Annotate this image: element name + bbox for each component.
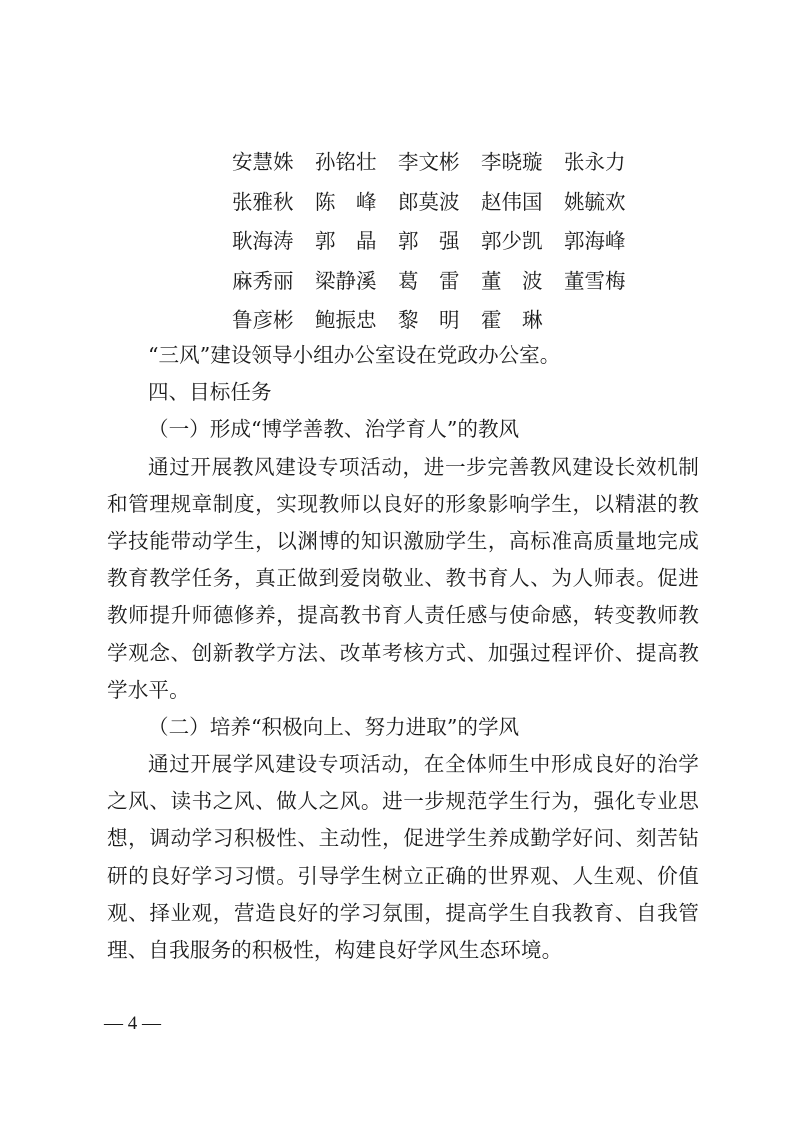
member-name: 李文彬 (398, 146, 481, 186)
member-name: 耿海涛 (232, 225, 315, 265)
member-name-list: 安慧姝 孙铭壮 李文彬 李晓璇 张永力 张雅秋 陈 峰 郎莫波 赵伟国 姚毓欢 … (232, 146, 647, 344)
member-name: 张永力 (564, 146, 647, 186)
member-name: 张雅秋 (232, 186, 315, 226)
paragraph-line: 之风、读书之风、做人之风。进一步规范学生行为，强化专业思 (107, 783, 699, 820)
page-number: — 4 — (104, 1013, 161, 1035)
name-row: 安慧姝 孙铭壮 李文彬 李晓璇 张永力 (232, 146, 647, 186)
member-name: 董雪梅 (564, 265, 647, 305)
subsection-title: （二）培养“积极向上、努力进取”的学风 (107, 709, 699, 746)
member-name: 梁静溪 (315, 265, 398, 305)
office-note: “三风”建设领导小组办公室设在党政办公室。 (107, 337, 699, 374)
member-name: 姚毓欢 (564, 186, 647, 226)
paragraph-line: 通过开展教风建设专项活动，进一步完善教风建设长效机制 (107, 449, 699, 486)
paragraph-line: 想，调动学习积极性、主动性，促进学生养成勤学好问、刻苦钻 (107, 820, 699, 857)
member-name: 安慧姝 (232, 146, 315, 186)
member-name: 郭少凯 (481, 225, 564, 265)
paragraph-line: 教育教学任务，真正做到爱岗敬业、教书育人、为人师表。促进 (107, 560, 699, 597)
subsection-title: （一）形成“博学善教、治学育人”的教风 (107, 411, 699, 448)
document-page: 安慧姝 孙铭壮 李文彬 李晓璇 张永力 张雅秋 陈 峰 郎莫波 赵伟国 姚毓欢 … (0, 0, 794, 1123)
paragraph-line: 研的良好学习习惯。引导学生树立正确的世界观、人生观、价值 (107, 858, 699, 895)
member-name: 赵伟国 (481, 186, 564, 226)
section-heading: 四、目标任务 (107, 374, 699, 411)
member-name: 郭海峰 (564, 225, 647, 265)
document-body: “三风”建设领导小组办公室设在党政办公室。 四、目标任务 （一）形成“博学善教、… (107, 337, 699, 969)
paragraph-line: 理、自我服务的积极性，构建良好学风生态环境。 (107, 932, 699, 969)
paragraph-line: 教师提升师德修养，提高教书育人责任感与使命感，转变教师教 (107, 597, 699, 634)
paragraph-line: 通过开展学风建设专项活动，在全体师生中形成良好的治学 (107, 746, 699, 783)
paragraph-line: 学水平。 (107, 672, 699, 709)
member-name: 郭 强 (398, 225, 481, 265)
paragraph-line: 和管理规章制度，实现教师以良好的形象影响学生，以精湛的教 (107, 486, 699, 523)
paragraph-line: 学观念、创新教学方法、改革考核方式、加强过程评价、提高教 (107, 635, 699, 672)
member-name: 麻秀丽 (232, 265, 315, 305)
member-name: 郭 晶 (315, 225, 398, 265)
member-name: 郎莫波 (398, 186, 481, 226)
paragraph-line: 学技能带动学生，以渊博的知识激励学生，高标准高质量地完成 (107, 523, 699, 560)
paragraph-line: 观、择业观，营造良好的学习氛围，提高学生自我教育、自我管 (107, 895, 699, 932)
name-row: 张雅秋 陈 峰 郎莫波 赵伟国 姚毓欢 (232, 186, 647, 226)
name-row: 耿海涛 郭 晶 郭 强 郭少凯 郭海峰 (232, 225, 647, 265)
member-name: 葛 雷 (398, 265, 481, 305)
member-name: 孙铭壮 (315, 146, 398, 186)
member-name: 董 波 (481, 265, 564, 305)
name-row: 麻秀丽 梁静溪 葛 雷 董 波 董雪梅 (232, 265, 647, 305)
member-name: 李晓璇 (481, 146, 564, 186)
member-name: 陈 峰 (315, 186, 398, 226)
